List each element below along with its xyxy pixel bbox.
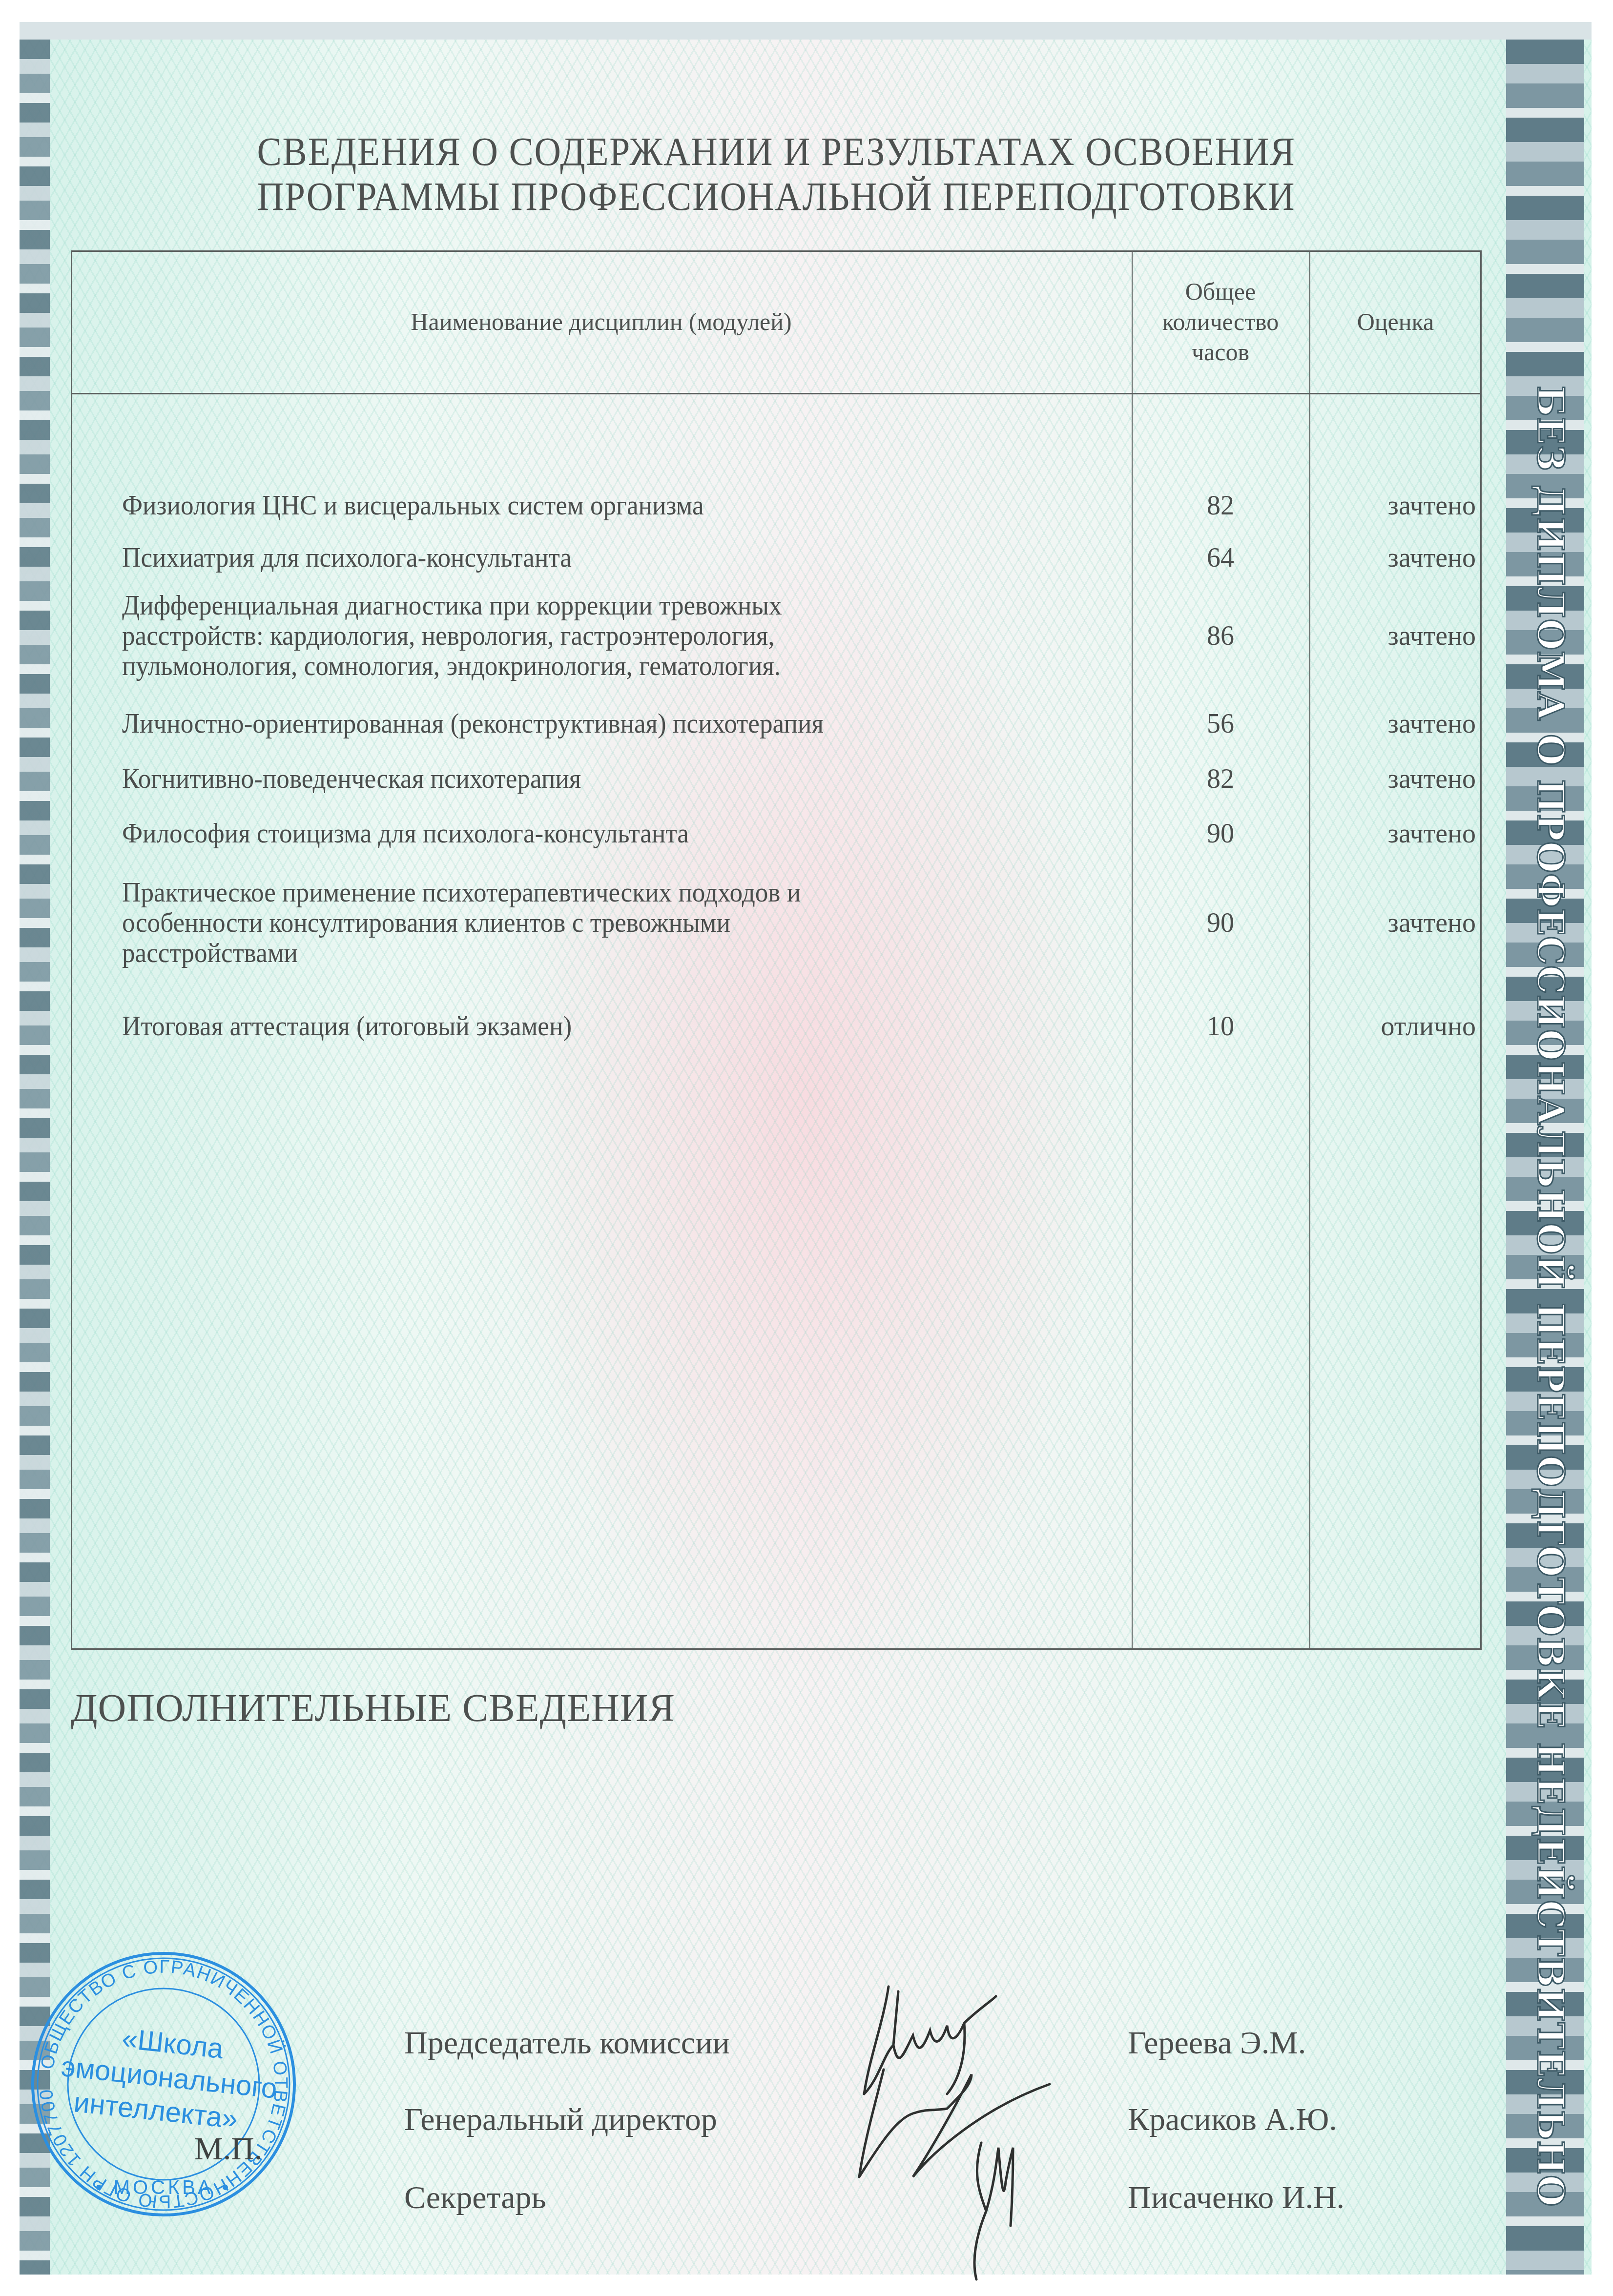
discipline-grade: зачтено [1309,709,1482,739]
additional-info-title: ДОПОЛНИТЕЛЬНЫЕ СВЕДЕНИЯ [71,1686,675,1731]
table-row: Психиатрия для психолога-консультанта64з… [71,543,1482,573]
discipline-name: Физиология ЦНС и висцеральных систем орг… [122,491,1050,521]
discipline-hours: 64 [1132,543,1309,573]
table-row: Практическое применение психотерапевтиче… [71,878,1482,968]
seal-place-label: М.П. [194,2131,262,2168]
title-line-2: ПРОГРАММЫ ПРОФЕССИОНАЛЬНОЙ ПЕРЕПОДГОТОВК… [127,174,1426,219]
discipline-grade: зачтено [1309,621,1482,651]
table-row: Итоговая аттестация (итоговый экзамен)10… [71,1011,1482,1042]
discipline-name: Философия стоицизма для психолога-консул… [122,819,1050,849]
page-top-strip [20,22,1592,40]
discipline-grade: зачтено [1309,908,1482,938]
discipline-hours: 82 [1132,491,1309,521]
side-banner-text: БЕЗ ДИПЛОМА О ПРОФЕССИОНАЛЬНОЙ ПЕРЕПОДГО… [1517,386,1571,1947]
discipline-hours: 82 [1132,764,1309,794]
discipline-name: Личностно-ориентированная (реконструктив… [122,709,1050,739]
table-row: Дифференциальная диагностика при коррекц… [71,591,1482,681]
column-header-grade: Оценка [1309,250,1482,393]
signature-role-director: Генеральный директор [404,2101,717,2138]
left-guilloche-border [20,40,50,2275]
discipline-grade: зачтено [1309,819,1482,849]
discipline-hours: 90 [1132,908,1309,938]
discipline-name: Итоговая аттестация (итоговый экзамен) [122,1011,1050,1042]
discipline-name: Дифференциальная диагностика при коррекц… [122,591,1050,681]
discipline-name: Когнитивно-поведенческая психотерапия [122,764,1050,794]
title-line-1: СВЕДЕНИЯ О СОДЕРЖАНИИ И РЕЗУЛЬТАТАХ ОСВО… [127,129,1426,174]
signature-role-secretary: Секретарь [404,2179,546,2216]
signature-name-secretary: Писаченко И.Н. [1128,2179,1344,2216]
organization-seal: ОБЩЕСТВО С ОГРАНИЧЕННОЙ ОТВЕТСТВЕННОСТЬЮ… [27,1947,300,2221]
discipline-grade: отлично [1309,1011,1482,1042]
column-header-name: Наименование дисциплин (модулей) [71,250,1132,393]
table-row: Личностно-ориентированная (реконструктив… [71,709,1482,739]
column-header-hours: Общее количество часов [1132,250,1309,393]
discipline-grade: зачтено [1309,491,1482,521]
discipline-grade: зачтено [1309,764,1482,794]
seal-city-text: • МОСКВА • [96,2177,232,2198]
signature-name-chairman: Гереева Э.М. [1128,2025,1306,2062]
discipline-grade: зачтено [1309,543,1482,573]
discipline-hours: 56 [1132,709,1309,739]
signature-director-icon [854,2065,1059,2182]
signature-name-director: Красиков А.Ю. [1128,2101,1337,2138]
discipline-hours: 86 [1132,621,1309,651]
table-row: Физиология ЦНС и висцеральных систем орг… [71,491,1482,521]
discipline-name: Психиатрия для психолога-консультанта [122,543,1050,573]
table-row: Когнитивно-поведенческая психотерапия82з… [71,764,1482,794]
discipline-name: Практическое применение психотерапевтиче… [122,878,1050,968]
table-row: Философия стоицизма для психолога-консул… [71,819,1482,849]
table-header-divider [71,393,1482,394]
discipline-hours: 10 [1132,1011,1309,1042]
signature-secretary-icon [967,2138,1020,2284]
discipline-hours: 90 [1132,819,1309,849]
signature-role-chairman: Председатель комиссии [404,2025,730,2062]
page-title: СВЕДЕНИЯ О СОДЕРЖАНИИ И РЕЗУЛЬТАТАХ ОСВО… [127,129,1426,219]
